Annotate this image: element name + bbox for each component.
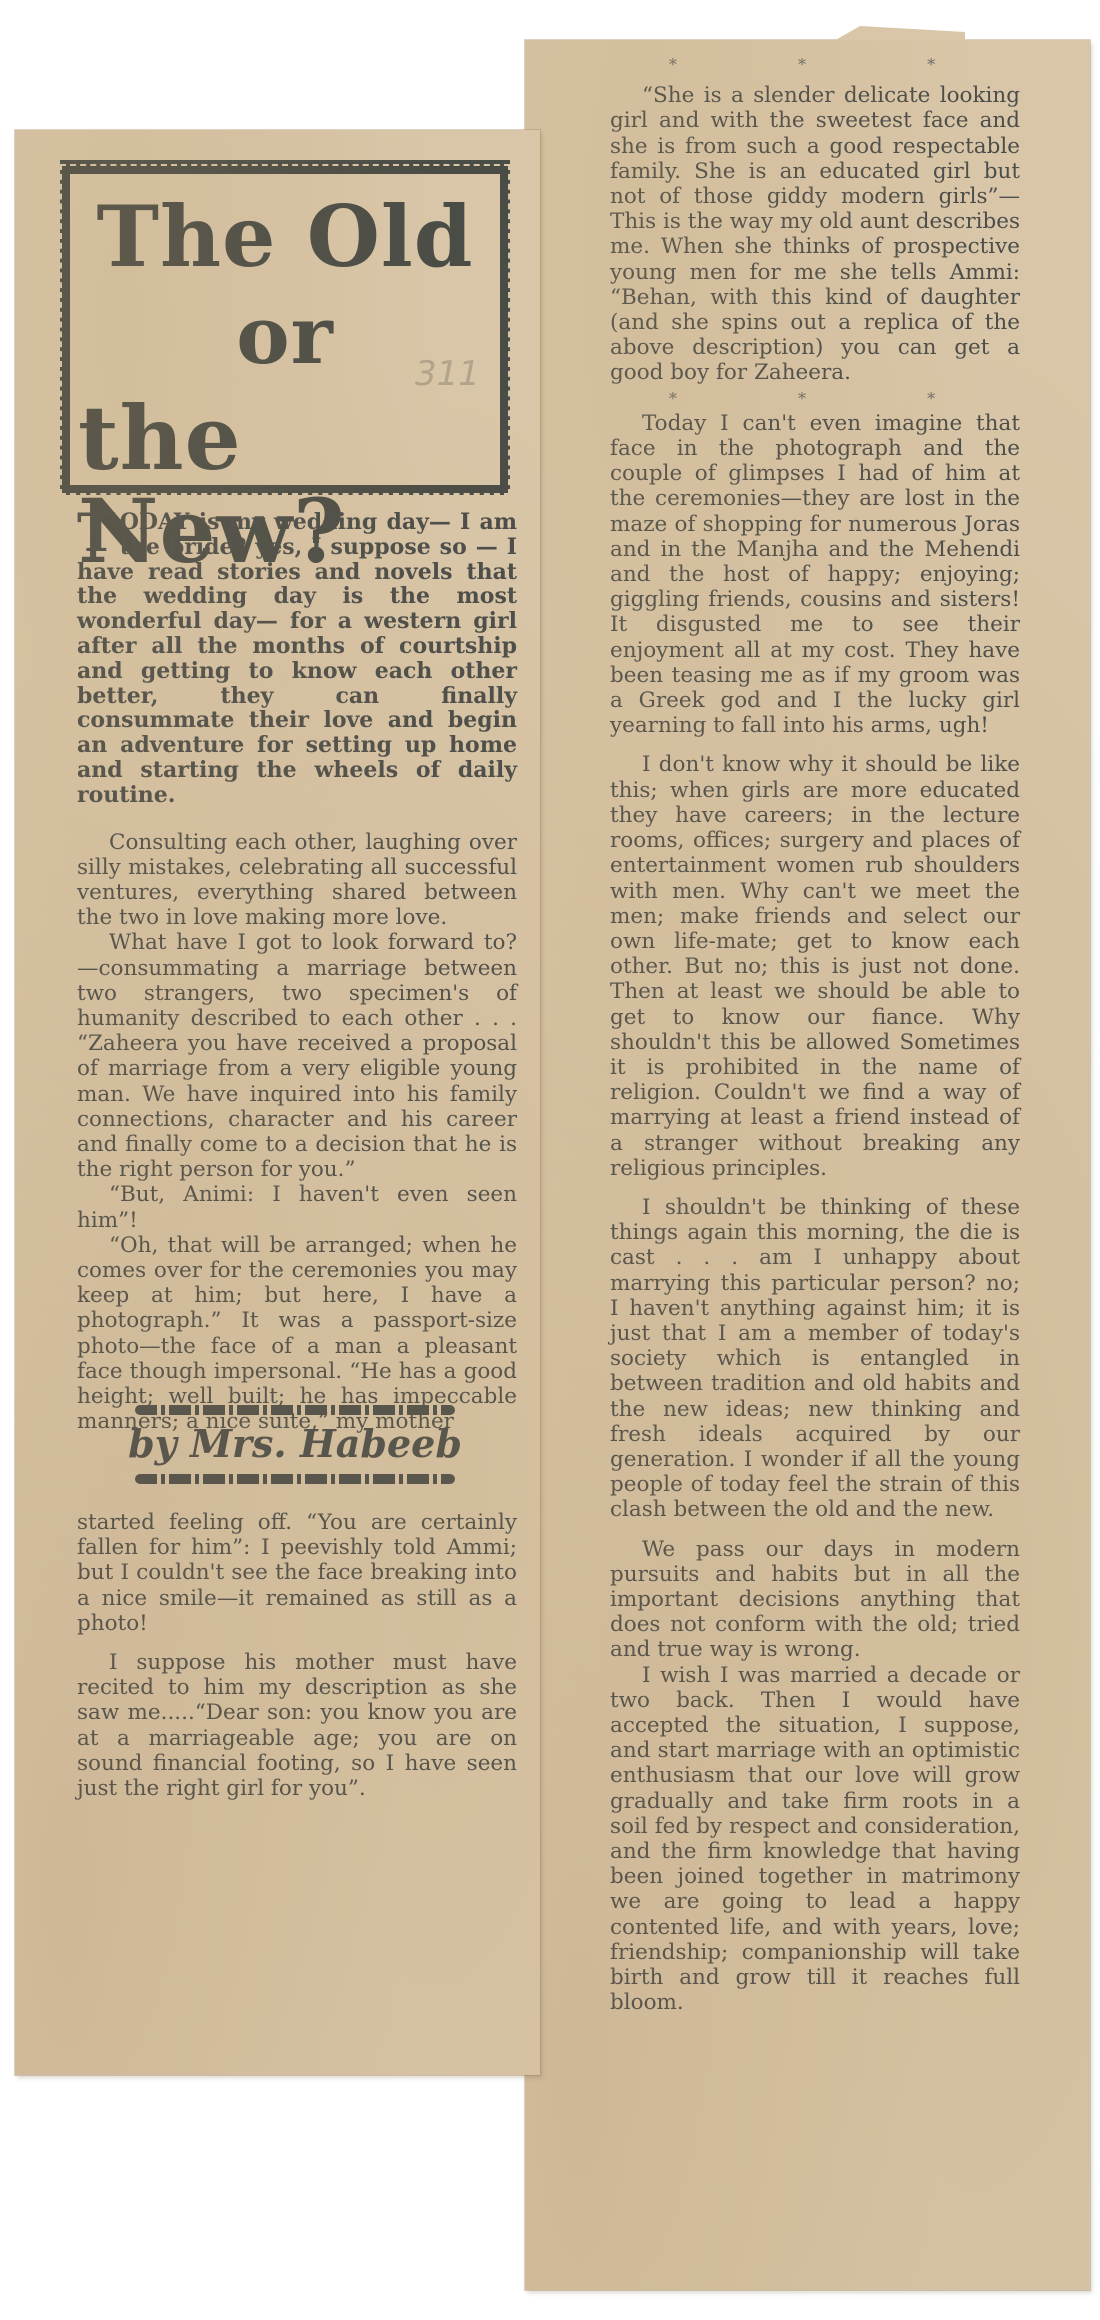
paragraph: I don't know why it should be like this;…: [610, 752, 1020, 1180]
paragraph: I shouldn't be thinking of these things …: [610, 1195, 1020, 1523]
torn-corner: [825, 26, 965, 46]
left-column-continued: started feeling off. “You are certainly …: [77, 1510, 517, 1801]
right-column: * * * “She is a slender delicate looking…: [610, 52, 1020, 2015]
paragraph: I wish I was married a decade or two bac…: [610, 1663, 1020, 2016]
lead-paragraph: TODAY is my wedding day— I am the bride?…: [77, 510, 517, 808]
separator-stars-top: * * *: [610, 52, 1020, 77]
paragraph: “But, Animi: I haven't even seen him”!: [77, 1182, 517, 1232]
paragraph: We pass our days in modern pursuits and …: [610, 1537, 1020, 1663]
separator-stars: * * *: [610, 386, 1020, 411]
ornamental-rule-top: [135, 1405, 455, 1415]
paragraph: Today I can't even imagine that face in …: [610, 411, 1020, 739]
paragraph: What have I got to look forward to?—cons…: [77, 930, 517, 1182]
pencil-annotation: 311: [415, 354, 480, 394]
paragraph: “She is a slender delicate looking girl …: [610, 83, 1020, 385]
headline-frame: The Old or the New? 311: [60, 160, 510, 495]
lead-text: ODAY is my wedding day— I am the bride? …: [77, 509, 517, 808]
headline-line-1: The Old: [70, 192, 500, 281]
ornamental-rule-bottom: [135, 1474, 455, 1484]
paragraph: I suppose his mother must have recited t…: [77, 1650, 517, 1801]
paragraph: Consulting each other, laughing over sil…: [77, 830, 517, 931]
drop-cap: T: [77, 514, 120, 554]
byline-block: by Mrs. Habeeb: [105, 1405, 485, 1484]
byline: by Mrs. Habeeb: [105, 1421, 485, 1466]
left-column: TODAY is my wedding day— I am the bride?…: [77, 510, 517, 1434]
left-clipping: The Old or the New? 311 TODAY is my wedd…: [15, 130, 540, 2075]
paragraph: started feeling off. “You are certainly …: [77, 1510, 517, 1636]
right-clipping: * * * “She is a slender delicate looking…: [525, 40, 1090, 2290]
